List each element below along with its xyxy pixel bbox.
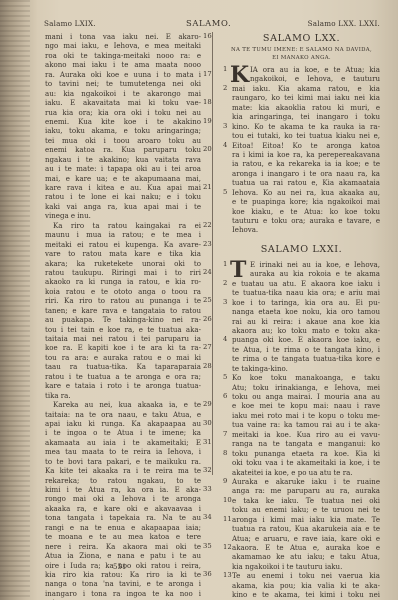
text-line: te Atua, i te rima o te tangata kino, i [223, 345, 380, 354]
verse-number: 30 [203, 419, 215, 428]
text-line: Ka kite tei akaaka ra i te reira ma te32 [45, 466, 201, 475]
line-text: kimi i te Atua ra, ka ora ia. E aka- [45, 485, 201, 494]
text-line: riri. Ka riro to ratou au punanga i te25 [45, 296, 201, 305]
text-line: Kareka au nei, kua akaaka ia, e te29 [45, 400, 201, 409]
verse-number: 18 [203, 98, 215, 107]
line-text: kare e tataia i roto i te aronga tuatua- [45, 381, 201, 390]
line-text: ratou taukupu. Riringi mai i to riri [45, 268, 201, 277]
line-text: apai iaku ki runga. Ka akapaapaa au [45, 419, 201, 428]
line-text: toku au enemi iaku; e te uruou nei te [232, 505, 380, 514]
text-line: toku punanga etaeta ra koe. Kia ki8 [223, 449, 380, 458]
text-line: akaaka ra, e kare oki e akavaavaa i [45, 504, 201, 513]
verse-number: 1 [223, 65, 227, 74]
text-line: Eitoa! Eitoa! Ko te aronga katoa4 [223, 141, 380, 150]
line-text: akaoko ra ki runga ia ratou, e kia ro- [45, 277, 201, 286]
text-line: aronga i inangaro i te ora naau ra, ka [223, 169, 380, 178]
line-text: inangaro i tona ra ingoa te ka noo i [45, 589, 201, 598]
text-line: tua vaine ra: ka tamou rai au i te aka- [223, 420, 380, 429]
text-line: e taka ke iaku. Te tuatua nei oki10 [223, 496, 380, 505]
verse-number: 29 [203, 400, 215, 409]
line-text: akateitei ia koe, e po ua atu te ra. [232, 468, 353, 477]
line-text: e te puapinga kore; kia ngakoikoi mai [232, 197, 380, 206]
text-line: vinega e inu. [45, 211, 201, 220]
text-line: akono mai iaku i te ama maata nooo [45, 60, 201, 69]
line-text: akaora. E te Atua e, auraka koe e [232, 543, 380, 552]
line-text: taau ra tuatua-tika. Ka taparaparaia [45, 362, 201, 371]
text-line: ra i kimi ia koe ra, ka perepereakavana [223, 150, 380, 159]
text-line: meitaki ei ratou ei kupenga. Ka avare-23 [45, 240, 201, 249]
line-text: rekareka; to ratou ngakau, to te [45, 476, 201, 485]
verse-number: 5 [223, 188, 227, 197]
line-text: tou ei tutaki, ko tei tuatua kiaku nei e… [232, 131, 380, 140]
text-line: tou ra ara: e auraka ratou e o mai ki [45, 353, 201, 362]
line-text: ra i kimi ia koe ra, ka perepereakavana [232, 150, 380, 159]
line-text: te moana e te au mea katoa e tere [45, 532, 201, 541]
verse-number: 33 [203, 485, 215, 494]
line-text: mea tau maata to te reira ia Iehova, i [45, 447, 201, 456]
text-line: akara; ka ruketekete unorai oki to [45, 259, 201, 268]
line-text: te takinga-kino. [232, 364, 288, 373]
line-text: to tavini nei; te tumutetenga nei oki [45, 79, 201, 88]
line-text: te rima o te tangata tuatua-tika kore e [232, 354, 380, 363]
line-text: tua vaine ra: ka tamou rai au i te aka- [232, 420, 380, 429]
text-line: iaku, toku akama, e toku aringaringa; [45, 126, 201, 135]
verse-number: 20 [203, 145, 215, 154]
line-text: rua kia ora; kia ora oki i toku nei au [45, 108, 201, 117]
text-line: auraka au kia rokoia e te akama [223, 269, 380, 278]
text-line: ngo mai iaku, e Iehova, e mea meitaki [45, 41, 201, 50]
line-text: mai, e kare ua; e te akapumaana mai, [45, 174, 201, 183]
verse-number: 25 [203, 296, 215, 305]
line-text: mani i tona vaa iaku nei. E akaro- [45, 32, 201, 41]
text-line: ngakau i te akakino; kua vaitata rava [45, 155, 201, 164]
verse-number: 35 [203, 542, 215, 551]
text-line: koe kiaku, e te Atua: ko koe toku [223, 207, 380, 216]
text-line: raungaro, ko tei kimi mai iaku nei kia [223, 93, 380, 102]
text-line: tei mua oki i toou aroaro toku au [45, 136, 201, 145]
line-text: vinega e inu. [45, 211, 91, 220]
line-text: ranga na te tangata e manganui: ko [232, 439, 380, 448]
text-line: kimi i te Atua ra, ka ora ia. E aka-33 [45, 485, 201, 494]
line-text: meitaki ia koe. Kua riro au ei vavu- [232, 430, 380, 439]
text-line: maunu i mua ia ratou; e te mea i [45, 230, 201, 239]
text-line: e koe mei te kopu mai: naau i rave [223, 401, 380, 410]
text-line: ratou taukupu. Riringi mai i to riri24 [45, 268, 201, 277]
verse-number: 34 [203, 513, 215, 522]
line-text: Ka riro ta ratou kaingakai ra ei [53, 221, 201, 230]
line-text: ra. Auraka oki koe e uuna i to mata i [45, 70, 201, 79]
text-line: kia aringaringa, tei inangaro i toku [223, 112, 380, 121]
line-text: koe kiaku, e te Atua: ko koe toku [232, 207, 380, 216]
psalm-70-subtitle-line2: EI MANAKO ANGA. [223, 54, 380, 62]
psalm-70-subtitle-line1: NA TE TUMU IMENE: E SALAMO NA DAVIDA, [223, 46, 380, 54]
psalm-71-title: SALAMO LXXI. [223, 243, 380, 257]
verse-number: 4 [223, 141, 227, 150]
text-line: taitaia: na te ora naau, e taku Atua, e [45, 410, 201, 419]
text-line: Te au enemi i toku nei vaerua kia13 [223, 571, 380, 580]
psalm-70-title: SALAMO LXX. [223, 32, 380, 46]
line-text: kino. Ko te akama te ka rauka ia ra- [232, 122, 380, 131]
line-text: Iehova. [232, 225, 258, 234]
verse-number: 11 [223, 515, 232, 524]
psalm-70-subtitle: NA TE TUMU IMENE: E SALAMO NA DAVIDA, EI… [223, 46, 380, 62]
text-line: Atu; toku irinakianga, e Iehova, mei [223, 383, 380, 392]
verse-number: 21 [203, 183, 215, 192]
text-line: toku au enemi iaku; e te uruou nei te [223, 505, 380, 514]
text-line: iaku mei roto mai i te kopu o toku me- [223, 411, 380, 420]
line-text: tika ra. [45, 391, 71, 400]
text-line: to te bovi tara pakari, e te maikuku ra. [45, 457, 201, 466]
line-text: raungaro, ko tei kimi mai iaku nei kia [232, 93, 380, 102]
line-text: puanga oki koe. E akaora koe iaku, e [232, 335, 380, 344]
text-line: mai iaku. Kia akama ratou, e kia2 [223, 84, 380, 93]
line-text: mai iaku. Kia akama ratou, e kia [232, 84, 380, 93]
text-line: Ko koe toku manakoanga, e taku5 [223, 373, 380, 382]
line-text: Atua ia Ziona, e nana e patu i te au [45, 551, 201, 560]
text-line: akamaata au iaia i te akameitaki; E31 [45, 438, 201, 447]
text-line: akaoko ra ki runga ia ratou, e kia ro- [45, 277, 201, 286]
text-line: tauturu e toku ora; auraka e tavare, e [223, 216, 380, 225]
text-line: te takinga-kino. [223, 364, 380, 373]
line-text: akaaka ra, e kare oki e akavaavaa i [45, 504, 201, 513]
line-text: tei mua oki i toou aroaro toku au [45, 136, 201, 145]
text-line: ranga na te tangata e manganui: ko [223, 439, 380, 448]
line-text: riri. Ka riro to ratou au punanga i te [45, 296, 201, 305]
left-column: mani i tona vaa iaku nei. E akaro-16ngo … [45, 32, 201, 600]
text-line: te moana e te au mea katoa e tere [45, 532, 201, 541]
text-line: E irinaki nei au ia koe, e Iehova,1 [223, 260, 380, 269]
line-text: oki toku vaa i te akameitaki ia koe, i t… [232, 458, 380, 467]
line-text: kino e te akama, tei kimi i toku nei [232, 590, 380, 599]
verse-number: 5 [223, 373, 227, 382]
line-text: mate: kia akaoklia ratou ki muri, e [232, 103, 380, 112]
line-text: au puakapa. Te takinga-kino nei ra- [45, 315, 201, 324]
line-text: tona tangata i tapekaia ra. Na te au [45, 513, 201, 522]
verse-number: 9 [223, 477, 227, 486]
line-text: kia aringaringa, tei inangaro i toku [232, 112, 380, 121]
running-head-right: Salamo LXX. LXXI. [308, 19, 380, 28]
text-line: akama, kia pou; kia valia ki te aka- [223, 581, 380, 590]
text-line: Atua ia Ziona, e nana e patu i te au [45, 551, 201, 560]
line-text: au i te mate: i tapapa oki au i tei aroa [45, 164, 201, 173]
line-text: e taka ke iaku. Te tuatua nei oki [232, 496, 380, 505]
line-text: iaku, toku akama, e toku aringaringa; [45, 126, 201, 135]
text-line: tou ei tutaki, ko tei tuatua kiaku nei e… [223, 131, 380, 140]
psalm-71-body: T E irinaki nei au ia koe, e Iehova,1aur… [223, 260, 380, 600]
verse-number: 8 [223, 449, 227, 458]
verse-number: 17 [203, 70, 215, 79]
text-line: akaora. E te Atua e, auraka koe e12 [223, 543, 380, 552]
text-line: toku ou anga mairai. I mouria ana au6 [223, 392, 380, 401]
line-text: iaku. E akavaitata mai ki toku vae- [45, 98, 201, 107]
verse-number: 3 [223, 122, 227, 131]
text-line: e tuatau ua atu. E akaora koe iaku i2 [223, 279, 380, 288]
line-text: Eitoa! Eitoa! Ko te aronga katoa [232, 141, 380, 150]
line-text: aronga i kimi mai iaku kia mate. Te [232, 515, 380, 524]
line-text: nere i reira. Ka akaora mai oki te [45, 542, 201, 551]
verse-number: 16 [203, 32, 215, 41]
verse-number: 13 [223, 571, 232, 580]
line-text: enemi. Kua kite koe i te akakino [45, 117, 201, 126]
text-line: anga ra: me paruparu au ra, auraka [223, 486, 380, 495]
line-text: Kareka au nei, kua akaaka ia, e te [53, 400, 201, 409]
text-line: koe ra. E kapiti koe i te ara ki ta ra-2… [45, 343, 201, 352]
line-text: kia ngakoikoi i te tauturu iaku. [232, 562, 342, 571]
line-text: anga ra: me paruparu au ra, auraka [232, 486, 380, 495]
text-line: ra. Auraka oki koe e uuna i to mata i17 [45, 70, 201, 79]
line-text: IA ora au ia koe, e te Atua; kia [250, 65, 380, 74]
line-text: toku punanga etaeta ra koe. Kia ki [232, 449, 380, 458]
line-text: tauturu e toku ora; auraka e tavare, e [232, 216, 380, 225]
text-line: kare rava i kitea e au. Kua apai mai21 [45, 183, 201, 192]
text-line: akamamao ke atu iaku; e taku Atua, [223, 552, 380, 561]
verse-number: 10 [223, 496, 232, 505]
line-text: Ko koe toku manakoanga, e taku [232, 373, 380, 382]
text-line: tuatua ra ratou, Kua akarukeia aia e te [223, 524, 380, 533]
line-text: ratou i te tuatua a te aronga e ora ra; [45, 372, 201, 381]
text-line: akaora au; ko toku mato e toku aka- [223, 326, 380, 335]
text-line: Iehova. Ko au nei ra, kua akaaka au,5 [223, 188, 380, 197]
line-text: taitaia mai nei ratou i tei paruparu ia [45, 334, 201, 343]
verse-number: 2 [223, 279, 227, 288]
line-text: tuatua ra ratou, Kua akarukeia aia e te [232, 524, 380, 533]
line-text: tou i tei tain e koe ra, e te tuatua aka… [45, 325, 201, 334]
text-line: rekareka; to ratou ngakau, to te [45, 476, 201, 485]
text-line: taau ra tuatua-tika. Ka taparaparaia28 [45, 362, 201, 371]
verse-number: 1 [223, 260, 227, 269]
line-text: akamaata au iaia i te akameitaki; E [45, 438, 201, 447]
line-text: i te ingoa o te Atua i te imene; ka [45, 428, 201, 437]
verse-number: 4 [223, 335, 227, 344]
line-text: kaki vai anga ra, kua apai mai i te [45, 202, 201, 211]
text-line: tanen; e kare rava e tangataia to ratou [45, 306, 201, 315]
adjacent-page-edges [0, 0, 30, 600]
verse-number: 7 [223, 430, 227, 439]
line-text: iaku mei roto mai i te kopu o toku me- [232, 411, 380, 420]
line-text: ngakoikoi, e Iehova, e tauturu [250, 74, 380, 83]
line-text: akara; ka ruketekete unorai oki to [45, 259, 201, 268]
text-line: e te puapinga kore; kia ngakoikoi mai [223, 197, 380, 206]
text-line: kia ngakoikoi i te tauturu iaku. [223, 562, 380, 571]
text-line: te tuatua-tika naau kia ora; e ariu mai [223, 288, 380, 297]
line-text: taitaia: na te ora naau, e taku Atua, e [45, 410, 201, 419]
verse-number: 19 [203, 117, 215, 126]
line-text: e tuatau ua atu. E akaora koe iaku i [232, 279, 380, 288]
text-line: rai au ki reira: i akaue ana koe kia [223, 317, 380, 326]
text-line: au: kia ngakoikoi i te akarongo mai [45, 89, 201, 98]
line-text: Atu; toku irinakianga, e Iehova, mei [232, 383, 380, 392]
text-line: ia ratou, e ka rekareka ia ia koe; e te [223, 159, 380, 168]
verse-number: 3 [223, 298, 227, 307]
line-text: kia riro kia ratou: Ka riro ia ki te [45, 570, 201, 579]
verse-number: 24 [203, 268, 215, 277]
text-line: mate: kia akaoklia ratou ki muri, e [223, 103, 380, 112]
verse-number: 6 [223, 392, 227, 401]
line-text: maunu i mua ia ratou; e te mea i [45, 230, 201, 239]
line-text: rongo mai oki a Iehova i te aronga [45, 494, 201, 503]
book-page: Salamo LXIX. SALAMO. Salamo LXX. LXXI. m… [40, 0, 385, 600]
text-line: puanga oki koe. E akaora koe iaku, e4 [223, 335, 380, 344]
verse-number: 36 [203, 570, 215, 579]
line-text: toku ou anga mairai. I mouria ana au [232, 392, 380, 401]
line-text: koe ra. E kapiti koe i te ara ki ta ra- [45, 343, 201, 352]
line-text: akama, kia pou; kia valia ki te aka- [232, 581, 380, 590]
line-text: te tuatua-tika naau kia ora; e ariu mai [232, 288, 380, 297]
text-line: IA ora au ia koe, e te Atua; kia1 [223, 65, 380, 74]
psalm-70-body: K IA ora au ia koe, e te Atua; kia1ngako… [223, 65, 380, 235]
line-text: enemi katoa ra. Kua paruparu toku [45, 145, 201, 154]
line-text: rai au ki reira: i akaue ana koe kia [232, 317, 380, 326]
text-line: iaku. E akavaitata mai ki toku vae-18 [45, 98, 201, 107]
line-text: akamamao ke atu iaku; e taku Atua, [232, 552, 380, 561]
running-head-left: Salamo LXIX. [44, 19, 96, 28]
right-column: SALAMO LXX. NA TE TUMU IMENE: E SALAMO N… [223, 32, 380, 600]
line-text: e koe mei te kopu mai: naau i rave [232, 401, 380, 410]
line-text: kare rava i kitea e au. Kua apai mai [45, 183, 201, 192]
line-text: vare to ratou mata kare e tika kia [45, 249, 201, 258]
line-text: rangi e na te enua e akapaapaa iaia; [45, 523, 201, 532]
line-text: koe i to taringa, kia ora au. Ei pu- [232, 298, 380, 307]
text-line: tika ra. [45, 391, 201, 400]
text-line: kare e tataia i roto i te aronga tuatua- [45, 381, 201, 390]
verse-number: 27 [203, 343, 215, 352]
verse-number: 32 [203, 466, 215, 475]
running-head-center: SALAMO. [186, 18, 231, 28]
line-text: tou ra ara: e auraka ratou e o mai ki [45, 353, 201, 362]
text-line: nanga o tona 'na tavini, e te aronga i [45, 579, 201, 588]
text-line: kino. Ko te akama te ka rauka ia ra-3 [223, 122, 380, 131]
text-line: taitaia mai nei ratou i tei paruparu ia [45, 334, 201, 343]
line-text: auraka au kia rokoia e te akama [250, 269, 380, 278]
line-text: aronga i inangaro i te ora naau ra, ka [232, 169, 380, 178]
line-text: Iehova. Ko au nei ra, kua akaaka au, [232, 188, 380, 197]
line-text: to te bovi tara pakari, e te maikuku ra. [45, 457, 201, 466]
line-text: roa oki te takinga-meitaki nooo ra: e [45, 51, 201, 60]
verse-number: 2 [223, 84, 227, 93]
text-line: to tavini nei; te tumutetenga nei oki [45, 79, 201, 88]
text-line: Atua; e aruaru, e rave iaia, kare oki e [223, 534, 380, 543]
line-text: ngo mai iaku, e Iehova, e mea meitaki [45, 41, 201, 50]
text-line: koia ratou e te ototo anga o toou ra [45, 287, 201, 296]
text-line: kia riro kia ratou: Ka riro ia ki te36 [45, 570, 201, 579]
line-text: akono mai iaku i te ama maata nooo [45, 60, 201, 69]
verse-number: 26 [203, 315, 215, 324]
verse-number: 22 [203, 221, 215, 230]
text-line: nere i reira. Ka akaora mai oki te35 [45, 542, 201, 551]
text-line: au puakapa. Te takinga-kino nei ra-26 [45, 315, 201, 324]
line-text: ngakau i te akakino; kua vaitata rava [45, 155, 201, 164]
text-line: oki toku vaa i te akameitaki ia koe, i t… [223, 458, 380, 467]
text-line: ratou i te tuatua a te aronga e ora ra; [45, 372, 201, 381]
text-line: i te ingoa o te Atua i te imene; ka [45, 428, 201, 437]
text-line: meitaki ia koe. Kua riro au ei vavu-7 [223, 430, 380, 439]
running-head: Salamo LXIX. SALAMO. Salamo LXX. LXXI. [44, 19, 380, 29]
line-text: te Atua, i te rima o te tangata kino, i [232, 345, 380, 354]
text-line: kino e te akama, tei kimi i toku nei [223, 590, 380, 599]
text-line: ratou i te lone ei kai naku; e i toku [45, 192, 201, 201]
text-line: rua kia ora; kia ora oki i toku nei au [45, 108, 201, 117]
line-text: tanen; e kare rava e tangataia to ratou [45, 306, 201, 315]
column-rule [212, 32, 213, 475]
line-text: nanga o tona 'na tavini, e te aronga i [45, 579, 201, 588]
verse-number: 31 [203, 438, 215, 447]
text-line: koe i to taringa, kia ora au. Ei pu-3 [223, 298, 380, 307]
line-text: akaora au; ko toku mato e toku aka- [232, 326, 380, 335]
text-line: nanga etaeta koe noku, kia oro tamou [223, 307, 380, 316]
text-line: Auraka e akaruke iaku i te ruaine9 [223, 477, 380, 486]
verse-number: 28 [203, 362, 215, 371]
line-text: Auraka e akaruke iaku i te ruaine [232, 477, 380, 486]
line-text: meitaki ei ratou ei kupenga. Ka avare- [45, 240, 201, 249]
text-line: aronga i kimi mai iaku kia mate. Te11 [223, 515, 380, 524]
text-line: kaki vai anga ra, kua apai mai i te [45, 202, 201, 211]
line-text: Atua; e aruaru, e rave iaia, kare oki e [232, 534, 380, 543]
text-line: mani i tona vaa iaku nei. E akaro-16 [45, 32, 201, 41]
line-text: tuatua ua rai ratou e, Kia akamaataia [232, 178, 380, 187]
text-line: roa oki te takinga-meitaki nooo ra: e [45, 51, 201, 60]
text-line: ngakoikoi, e Iehova, e tauturu [223, 74, 380, 83]
line-text: Ka kite tei akaaka ra i te reira ma te [45, 466, 201, 475]
text-line: Iehova. [223, 225, 380, 234]
verse-number: 12 [223, 543, 232, 552]
line-text: ia ratou, e ka rekareka ia ia koe; e te [232, 159, 380, 168]
text-line: rongo mai oki a Iehova i te aronga [45, 494, 201, 503]
text-line: enemi. Kua kite koe i te akakino19 [45, 117, 201, 126]
line-text: koia ratou e te ototo anga o toou ra [45, 287, 201, 296]
line-text: Te au enemi i toku nei vaerua kia [232, 571, 380, 580]
page-number: 551 [113, 563, 126, 571]
text-line: tona tangata i tapekaia ra. Na te au34 [45, 513, 201, 522]
text-line: inangaro i tona ra ingoa te ka noo i [45, 589, 201, 598]
text-line: mea tau maata to te reira ia Iehova, i [45, 447, 201, 456]
text-line: mai, e kare ua; e te akapumaana mai, [45, 174, 201, 183]
text-line: vare to ratou mata kare e tika kia [45, 249, 201, 258]
text-line: tuatua ua rai ratou e, Kia akamaataia [223, 178, 380, 187]
text-line: au i te mate: i tapapa oki au i tei aroa [45, 164, 201, 173]
line-text: nanga etaeta koe noku, kia oro tamou [232, 307, 380, 316]
text-line: te rima o te tangata tuatua-tika kore e [223, 354, 380, 363]
line-text: ratou i te lone ei kai naku; e i toku [45, 192, 201, 201]
text-line: enemi katoa ra. Kua paruparu toku20 [45, 145, 201, 154]
line-text: E irinaki nei au ia koe, e Iehova, [250, 260, 380, 269]
text-line: apai iaku ki runga. Ka akapaapaa au30 [45, 419, 201, 428]
text-line: Ka riro ta ratou kaingakai ra ei22 [45, 221, 201, 230]
text-line: tou i tei tain e koe ra, e te tuatua aka… [45, 325, 201, 334]
verse-number: 23 [203, 240, 215, 249]
line-text: au: kia ngakoikoi i te akarongo mai [45, 89, 201, 98]
text-line: akateitei ia koe, e po ua atu te ra. [223, 468, 380, 477]
text-line: rangi e na te enua e akapaapaa iaia; [45, 523, 201, 532]
